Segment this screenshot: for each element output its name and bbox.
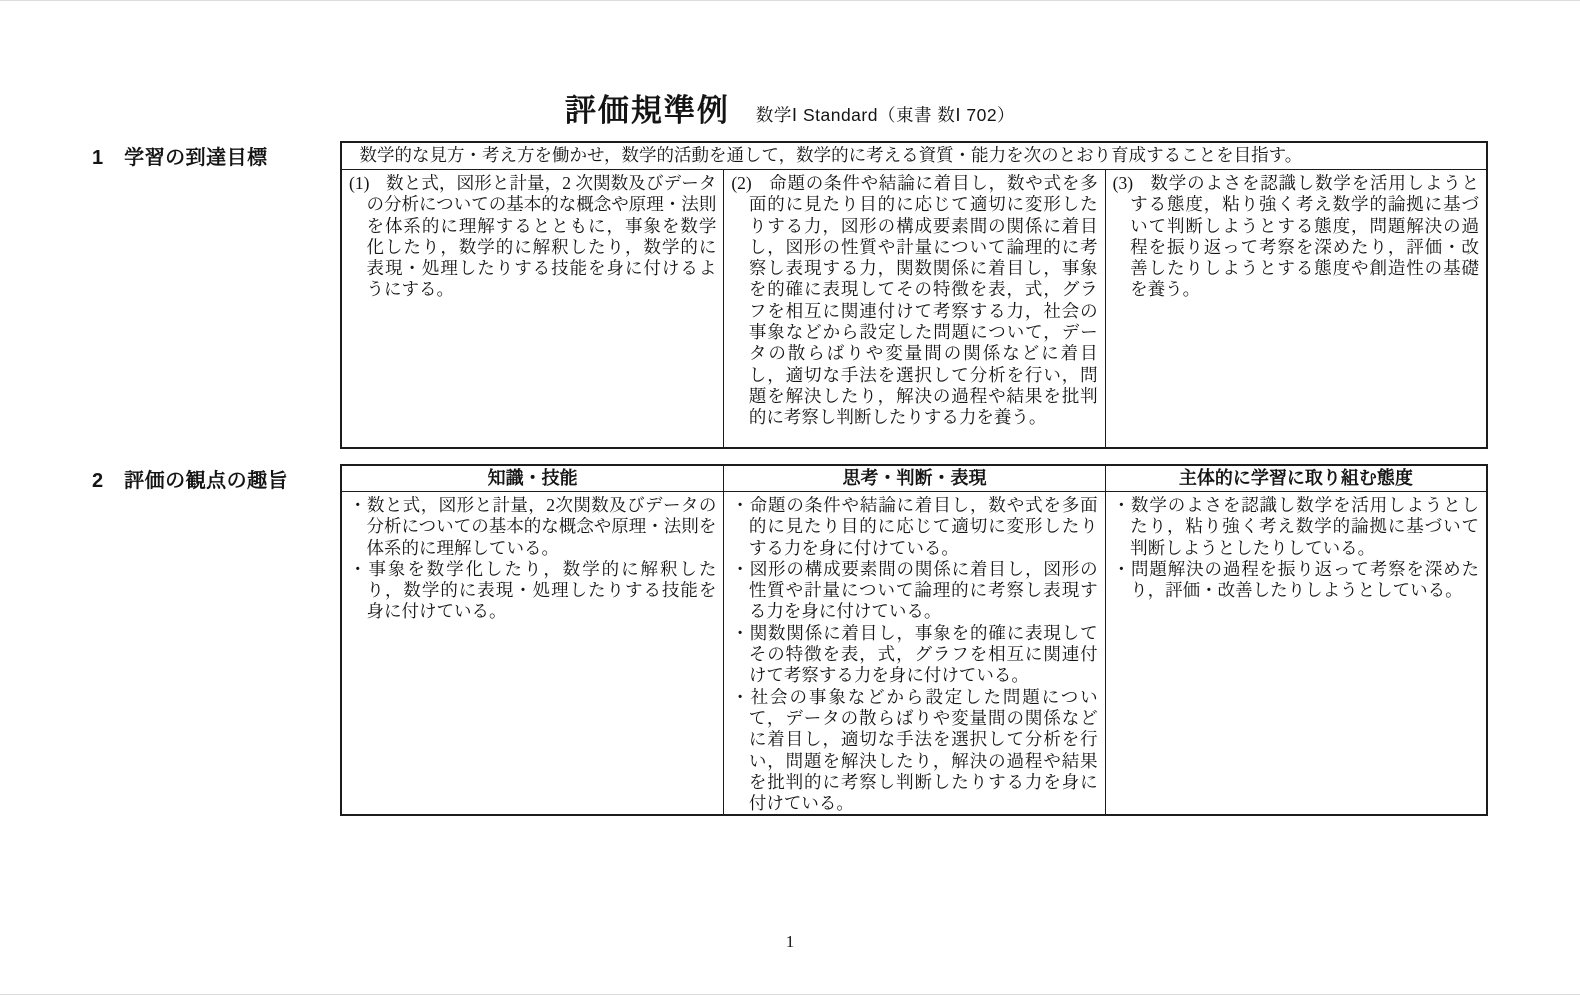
bullet-text: 社会の事象などから設定した問題について，データの散らばりや変量間の関係などに着目…: [749, 687, 1098, 813]
bullet-marker: ・: [1113, 559, 1131, 579]
goal-item-1-cell: (1)数と式，図形と計量，2 次関数及びデータの分析についての基本的な概念や原理…: [342, 170, 723, 447]
bullet-marker: ・: [731, 559, 749, 579]
list-item: ・命題の条件や結論に着目し，数や式を多面的に見たり目的に応じて適切に変形したりす…: [731, 495, 1097, 559]
learning-goals-table: 数学的な見方・考え方を働かせ，数学的活動を通して，数学的に考える資質・能力を次の…: [340, 141, 1488, 449]
document-page: 評価規準例 数学Ⅰ Standard（東書 数Ⅰ 702） 1 学習の到達目標 …: [0, 0, 1580, 995]
attitude-cell: ・数学のよさを認識し数学を活用しようとしたり，粘り強く考え数学的論拠に基づいて判…: [1105, 492, 1486, 814]
goal-item-3-number: (3): [1113, 173, 1133, 193]
bullet-text: 数学のよさを認識し数学を活用しようとしたり，粘り強く考え数学的論拠に基づいて判断…: [1130, 495, 1479, 558]
bullet-text: 問題解決の過程を振り返って考察を深めたり，評価・改善したりしようとしている。: [1130, 559, 1479, 600]
header-attitude: 主体的に学習に取り組む態度: [1105, 466, 1486, 491]
bullet-marker: ・: [731, 623, 749, 643]
thinking-judgement-cell: ・命題の条件や結論に着目し，数や式を多面的に見たり目的に応じて適切に変形したりす…: [723, 492, 1104, 814]
section2-label: 2 評価の観点の趣旨: [92, 464, 288, 493]
goal-items-row: (1)数と式，図形と計量，2 次関数及びデータの分析についての基本的な概念や原理…: [342, 170, 1486, 447]
header-thinking-judgement-expression: 思考・判断・表現: [723, 466, 1104, 491]
bullet-text: 図形の構成要素間の関係に着目し，図形の性質や計量について論理的に考察し表現する力…: [749, 559, 1098, 622]
goal-item-3: (3)数学のよさを認識し数学を活用しようとする態度，粘り強く考え数学的論拠に基づ…: [1113, 173, 1479, 301]
list-item: ・関数関係に着目し，事象を的確に表現してその特徴を表，式，グラフを相互に関連付け…: [731, 623, 1097, 687]
goal-item-1-number: (1): [349, 173, 369, 193]
document-title-block: 評価規準例 数学Ⅰ Standard（東書 数Ⅰ 702）: [0, 85, 1580, 130]
evaluation-header-row: 知識・技能 思考・判断・表現 主体的に学習に取り組む態度: [342, 466, 1486, 492]
evaluation-body-row: ・数と式，図形と計量，2次関数及びデータの分析についての基本的な概念や原理・法則…: [342, 492, 1486, 814]
bullet-text: 事象を数学化したり，数学的に解釈したり，数学的に表現・処理したりする技能を身に付…: [367, 559, 717, 622]
goal-item-2-cell: (2)命題の条件や結論に着目し，数や式を多面的に見たり目的に応じて適切に変形した…: [723, 170, 1104, 447]
list-item: ・数と式，図形と計量，2次関数及びデータの分析についての基本的な概念や原理・法則…: [349, 495, 716, 559]
goal-item-3-cell: (3)数学のよさを認識し数学を活用しようとする態度，粘り強く考え数学的論拠に基づ…: [1105, 170, 1486, 447]
document-subtitle: 数学Ⅰ Standard（東書 数Ⅰ 702）: [756, 102, 1015, 127]
bullet-marker: ・: [349, 559, 368, 579]
list-item: ・問題解決の過程を振り返って考察を深めたり，評価・改善したりしようとしている。: [1113, 559, 1479, 602]
goal-item-1-text: 数と式，図形と計量，2 次関数及びデータの分析についての基本的な概念や原理・法則…: [367, 173, 717, 299]
header-knowledge-skills: 知識・技能: [342, 466, 723, 491]
document-title: 評価規準例: [565, 85, 730, 130]
goal-item-2: (2)命題の条件や結論に着目し，数や式を多面的に見たり目的に応じて適切に変形した…: [731, 173, 1097, 429]
bullet-marker: ・: [349, 495, 367, 515]
section1-label: 1 学習の到達目標: [92, 141, 268, 170]
goal-item-1: (1)数と式，図形と計量，2 次関数及びデータの分析についての基本的な概念や原理…: [349, 173, 716, 301]
bullet-text: 命題の条件や結論に着目し，数や式を多面的に見たり目的に応じて適切に変形したりする…: [749, 495, 1098, 558]
list-item: ・数学のよさを認識し数学を活用しようとしたり，粘り強く考え数学的論拠に基づいて判…: [1113, 495, 1479, 559]
bullet-marker: ・: [731, 495, 749, 515]
evaluation-viewpoints-table: 知識・技能 思考・判断・表現 主体的に学習に取り組む態度 ・数と式，図形と計量，…: [340, 464, 1488, 816]
bullet-marker: ・: [731, 687, 750, 707]
knowledge-skills-cell: ・数と式，図形と計量，2次関数及びデータの分析についての基本的な概念や原理・法則…: [342, 492, 723, 814]
bullet-text: 関数関係に着目し，事象を的確に表現してその特徴を表，式，グラフを相互に関連付けて…: [749, 623, 1098, 686]
list-item: ・事象を数学化したり，数学的に解釈したり，数学的に表現・処理したりする技能を身に…: [349, 559, 716, 623]
bullet-text: 数と式，図形と計量，2次関数及びデータの分析についての基本的な概念や原理・法則を…: [367, 495, 717, 558]
bullet-marker: ・: [1113, 495, 1131, 515]
list-item: ・図形の構成要素間の関係に着目し，図形の性質や計量について論理的に考察し表現する…: [731, 559, 1097, 623]
page-number: 1: [0, 932, 1580, 952]
overall-goal-row: 数学的な見方・考え方を働かせ，数学的活動を通して，数学的に考える資質・能力を次の…: [342, 143, 1486, 170]
goal-item-3-text: 数学のよさを認識し数学を活用しようとする態度，粘り強く考え数学的論拠に基づいて判…: [1130, 173, 1479, 299]
goal-item-2-number: (2): [731, 173, 751, 193]
list-item: ・社会の事象などから設定した問題について，データの散らばりや変量間の関係などに着…: [731, 687, 1097, 814]
goal-item-2-text: 命題の条件や結論に着目し，数や式を多面的に見たり目的に応じて適切に変形したりする…: [749, 173, 1098, 427]
